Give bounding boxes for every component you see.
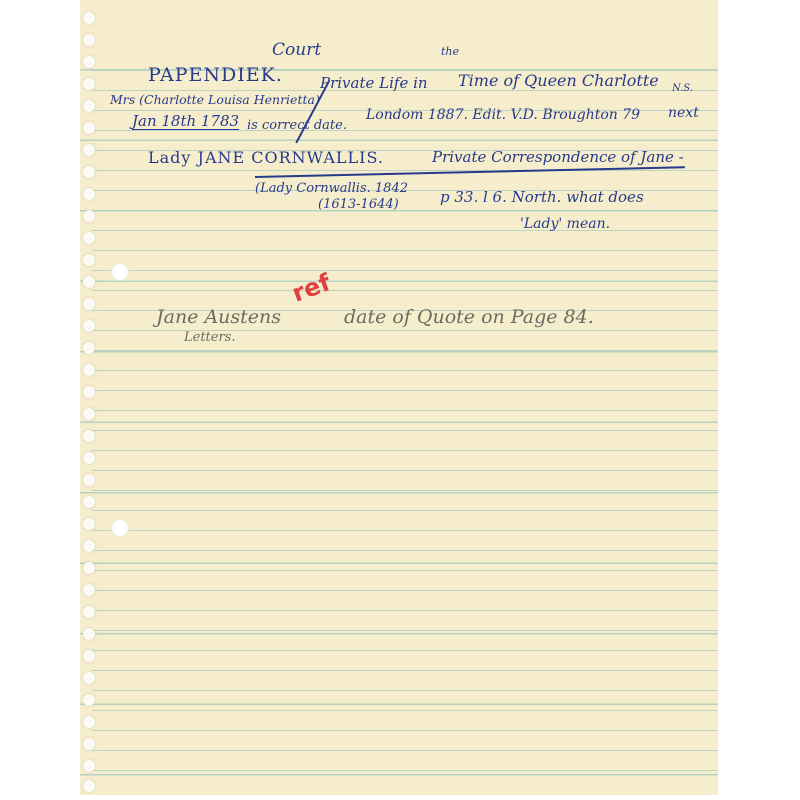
title-prefix: Private Life in	[320, 76, 428, 91]
full-name: Mrs (Charlotte Louisa Henrietta)	[110, 94, 320, 107]
letters: Letters.	[184, 331, 236, 344]
quote-date-text: date of Quote on Page 84.	[344, 308, 594, 327]
date-note: is correct date.	[247, 119, 347, 132]
alt-name: (Lady Cornwallis. 1842	[255, 182, 408, 195]
binder-hole-top	[111, 263, 129, 281]
question: 'Lady' mean.	[520, 217, 610, 231]
new-style-mark: N.S.	[672, 84, 693, 94]
title-correspondence: Private Correspondence of Jane -	[432, 150, 684, 165]
binder-hole-bottom	[111, 519, 129, 537]
next-word: next	[668, 106, 699, 120]
title-rest: Time of Queen Charlotte	[458, 73, 659, 89]
publication: Londom 1887. Edit. V.D. Broughton 79	[366, 108, 640, 122]
reference: p 33. l 6. North. what does	[440, 190, 644, 205]
jane-austens: Jane Austens	[156, 308, 281, 327]
insert-the: the	[441, 46, 459, 57]
lifespan: (1613-1644)	[318, 198, 399, 211]
insert-court: Court	[272, 42, 321, 59]
lady-jane-cornwallis: Lady JANE CORNWALLIS.	[148, 150, 384, 166]
date: Jan 18th 1783	[132, 114, 239, 129]
surname-papendiek: PAPENDIEK.	[148, 66, 283, 85]
